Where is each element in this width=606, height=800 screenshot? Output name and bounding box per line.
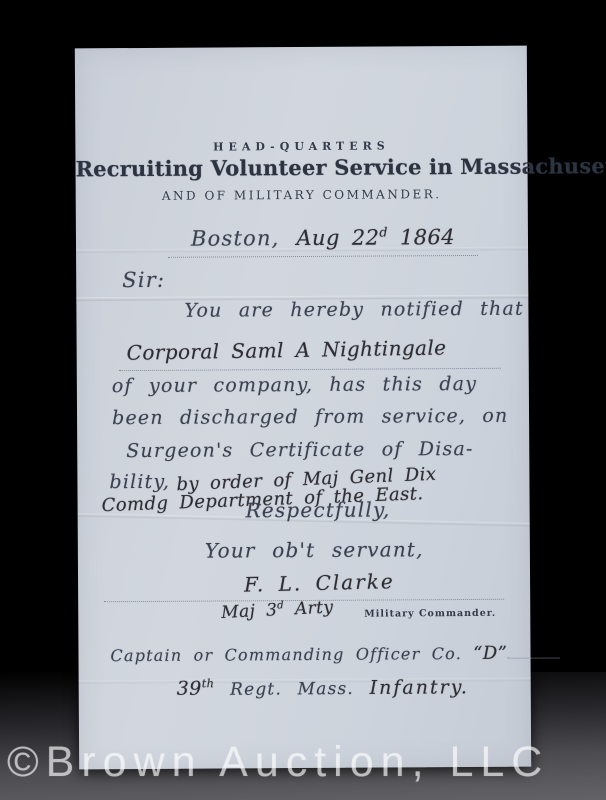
name-underline — [119, 368, 501, 371]
regiment-line: 39th Regt. Mass. Infantry. — [177, 675, 469, 700]
body-line-discharged: been discharged from service, on — [112, 405, 508, 429]
commander-line: AND OF MILITARY COMMANDER. — [76, 187, 528, 204]
rank-written: Maj 3d Arty — [221, 597, 334, 623]
closing-servant: Your ob't servant, — [205, 537, 424, 562]
officer-printed: Captain or Commanding Officer Co. — [110, 644, 462, 665]
watermark-text: ©Brown Auction, LLC — [7, 738, 549, 787]
footer-dotted-line — [507, 643, 559, 658]
signature-written: F. L. Clarke — [244, 569, 395, 597]
footer-officer-line: Captain or Commanding Officer Co. “D” — [110, 642, 559, 666]
branch-written: Infantry. — [370, 676, 469, 699]
service-line: Recruiting Volunteer Service in Massachu… — [75, 154, 527, 182]
regiment-printed: Regt. Mass. — [230, 679, 354, 700]
body-line-company: of your company, has this day — [112, 373, 477, 397]
regiment-number-written: 39th — [177, 678, 215, 700]
disability-printed: bility, — [109, 471, 170, 493]
dateline: Boston, Aug 22d 1864 — [168, 224, 478, 258]
closing-respectfully: Respectfully, — [246, 497, 391, 522]
salutation: Sir: — [122, 268, 165, 292]
photo-stage: HEAD-QUARTERS Recruiting Volunteer Servi… — [0, 0, 606, 800]
date-written: Aug 22d 1864 — [296, 225, 455, 250]
document-paper: HEAD-QUARTERS Recruiting Volunteer Servi… — [75, 46, 531, 770]
body-line-surgeons: Surgeon's Certificate of Disa- — [126, 438, 473, 462]
company-written: “D” — [473, 643, 507, 664]
recipient-name-written: Corporal Saml A Nightingale — [126, 335, 446, 364]
headquarters-line: HEAD-QUARTERS — [75, 139, 527, 155]
body-line-notified: You are hereby notified that — [184, 298, 524, 322]
military-commander-label: Military Commander. — [364, 608, 496, 620]
place-text: Boston, — [191, 226, 280, 251]
